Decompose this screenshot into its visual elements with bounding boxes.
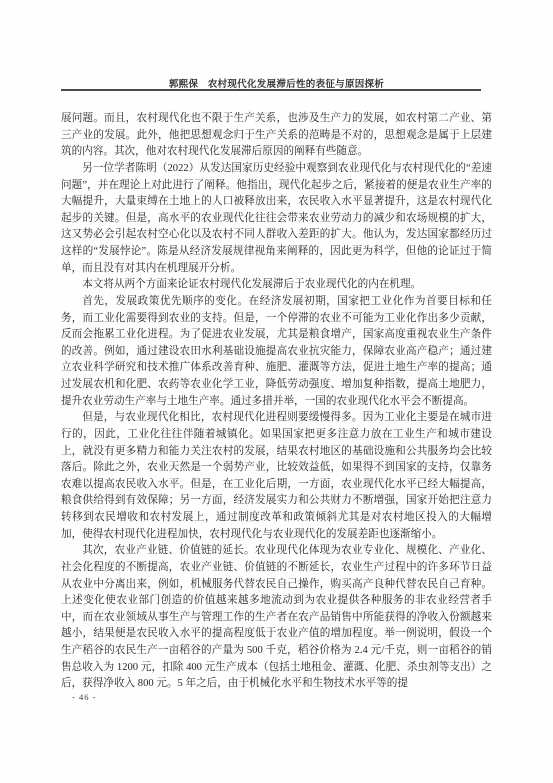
paragraph: 其次，农业产业链、价值链的延长。农业现代化体现为农业专业化、规模化、产业化、社会… xyxy=(61,543,492,693)
document-page: 郭熙保农村现代化发展滞后性的表征与原因探析 展问题。而且，农村现代化也不限于生产… xyxy=(0,0,553,783)
paragraph: 首先，发展政策优先顺序的变化。在经济发展初期，国家把工业化作为首要目标和任务，而… xyxy=(61,294,492,410)
header-rule xyxy=(61,89,481,91)
article-body: 展问题。而且，农村现代化也不限于生产关系，也涉及生产力的发展，如农村第二产业、第… xyxy=(61,111,492,693)
page-number: - 46 - xyxy=(72,692,96,702)
paragraph: 另一位学者陈明（2022）从发达国家历史经验中观察到农业现代化与农村现代化的“差… xyxy=(61,161,492,277)
running-head: 郭熙保农村现代化发展滞后性的表征与原因探析 xyxy=(61,76,492,90)
paragraph-continuation: 展问题。而且，农村现代化也不限于生产关系，也涉及生产力的发展，如农村第二产业、第… xyxy=(61,111,492,161)
paragraph: 本文将从两个方面来论证农村现代化发展滞后于农业现代化的内在机理。 xyxy=(61,277,492,294)
paragraph: 但是，与农业现代化相比，农村现代化进程则要缓慢得多。因为工业化主要是在城市进行的… xyxy=(61,410,492,543)
